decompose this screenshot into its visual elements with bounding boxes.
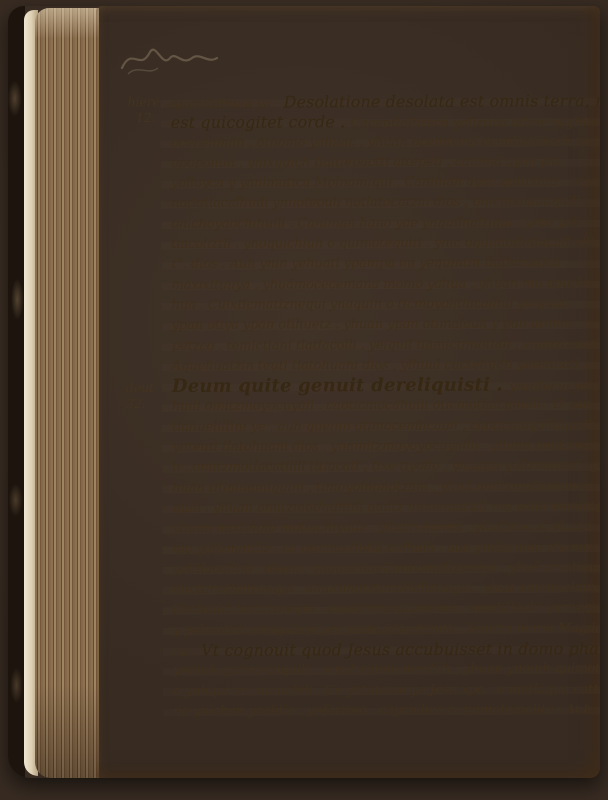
citation-book: deut [126, 380, 154, 395]
line-text: Cacentlaltitech yaliztica otlani yayhhuã [350, 115, 600, 131]
manuscript-line: Deum quite genuit dereliquisti . yntotec… [172, 375, 600, 397]
manuscript-line: t°. dios . Auh ynin yehuatl ypampa mi ye… [171, 253, 599, 275]
line-text: mictimotlaliznequi . amotimotztimotlaliz… [173, 580, 600, 597]
line-text: hua . Cuixticmatiznequi ynaquin o ticmoy… [172, 296, 569, 313]
manuscript-page: hiere. 12. deut 32. quimitalhuia ya . De… [96, 6, 600, 778]
citation-chapter: 12. [123, 110, 169, 126]
manuscript-line: mo yolizmatiliz . ca oticmo tlatla calhu… [173, 538, 600, 560]
line-text: y yehuatzin cenquizca yec mahuizticatzin… [173, 621, 600, 638]
line-text: mo yolizmatiliz . ca oticmo tlatla calhu… [173, 540, 591, 557]
manuscript-line: huili omitzmoyocuyali . caoticmocahuili … [172, 396, 600, 418]
manuscript-line: onichoyaochihuili . Caniman hano yae ynq… [171, 213, 599, 235]
manuscript-line: y yehuatzin cenquizca yec mahuizticatzin… [173, 619, 600, 641]
manuscript-line: na . Vt cognouit quod Jesus accubuisset … [173, 639, 600, 661]
latin-quote: Desolatione desolata est omnis terra, nu… [284, 91, 600, 112]
manuscript-line: ynteutl tlatohuani dios . ynamitzmoyoyoc… [172, 436, 600, 458]
manuscript-line: mictimotlaliznequi . amotimotztimotlaliz… [173, 578, 600, 600]
citation-chapter: 32. [126, 396, 172, 412]
line-text: ocecenman , otnomo yahuac , yhuan ocemix… [171, 134, 600, 151]
line-text: yolloyca y yanimatica Molnamiqui . Canim… [171, 174, 597, 191]
line-text: t°. dios . Auh ynin yehuatl ypampa mi ye… [171, 256, 569, 273]
manuscript-line: tlahueliltini ye . auh quenin otimocemil… [172, 416, 600, 438]
manuscript-line: tlacoliztli . ynoquichiuh o quimotequiti… [171, 233, 599, 255]
manuscript-line: Aquehuatzin teutl tlatohuani dios , ylhu… [172, 355, 600, 377]
line-text: tlacoliztli . ynoquichiuh o quimotequiti… [171, 235, 594, 252]
line-text: onichoyaochihuili . Caniman hano yae ynq… [171, 215, 580, 232]
manuscript-line: yhuan mixtelolo motlachiyaliz . yhuan mo… [172, 517, 600, 539]
manuscript-line: hua . Cuixticmatiznequi ynaquin o ticmoy… [172, 294, 600, 316]
line-text: tlachializ ticcuiznequi . amotimozcalizn… [173, 600, 600, 617]
manuscript-line: petzco . temictiani tlatlacolli . yeiqui… [172, 335, 600, 357]
manuscript-line: no ynichan ycalitic , ynfariseo . cayciu… [173, 700, 600, 722]
line-text: petzco . temictiani tlatlacolli . yeiqui… [172, 337, 600, 354]
line-text: o yuhqui mi ximachili . Ca yntotecui yo … [173, 682, 600, 699]
line-text: ypan otiya ypan otihuetz . yhuan ypan ot… [172, 316, 568, 333]
manuscript-line: quili . yhuan omitzmotlauhtili omitz mon… [172, 497, 600, 519]
latin-quote: est quicogitet corde . [171, 112, 351, 132]
faded-ink-scribble-icon [118, 34, 222, 82]
line-text: yntotecui yo dios , ynomitzmochi [509, 379, 600, 395]
line-text: huili omitzmoyocuyali . caoticmocahuili … [172, 398, 591, 415]
line-text: maxixitiniya . yhuãmocecemana momo yahua… [171, 276, 589, 293]
manuscript-line: li . omitzmotlacatilili titlacatl , tixe… [172, 456, 600, 478]
manuscript-line: ynoiuh quimo caquiti , o yuhquimo machit… [173, 659, 600, 681]
line-text: na . [173, 645, 201, 660]
line-text: yhuan mixtelolo motlachiyaliz . yhuan mo… [172, 519, 591, 536]
manuscript-line: yolitlacalhui . tleica . ynamo hueltimix… [173, 558, 600, 580]
book-binding-edge [8, 6, 25, 778]
line-text: quimitalhuia ya . [171, 96, 284, 111]
manuscript-line: huan titlalnamiquini , timoyolnonotzani … [172, 477, 600, 499]
manuscript-line: o yuhqui mi ximachili . Ca yntotecui yo … [173, 680, 600, 702]
latin-quote: Vt cognouit quod Jesus accubuisset in do… [201, 639, 600, 660]
manuscript-line: notlatlacalhuili ynnoteouh notlatocatzin… [171, 193, 599, 215]
manuscript-line: tlachializ ticcuiznequi . amotimozcalizn… [173, 598, 600, 620]
manuscript-line: est quicogitet corde . Cacentlaltitech y… [171, 111, 599, 133]
line-text: notlatlacalhuili ynnoteouh notlatocatzin… [171, 195, 580, 212]
line-text: huan titlalnamiquini , timoyolnonotzani … [172, 479, 588, 496]
line-text: li . omitzmotlacatilili titlacatl , tixe… [172, 458, 599, 475]
line-text: tlahueliltini ye . auh quenin otimocemil… [172, 418, 600, 435]
line-text: no ynichan ycalitic , ynfariseo . cayciu… [173, 702, 591, 719]
manuscript-line: ypan otiya ypan otihuetz . yhuan ypan ot… [172, 314, 600, 336]
margin-citation-deuteronomy-32: deut 32. [120, 380, 172, 412]
manuscript-photo: hiere. 12. deut 32. quimitalhuia ya . De… [0, 0, 608, 800]
line-text: ynoiuh quimo caquiti , o yuhquimo machit… [173, 661, 600, 678]
margin-citation-jeremiah-12: hiere. 12. [123, 94, 169, 126]
manuscript-line: opopoliuh , ynixquich tlaltiepactti alte… [171, 152, 599, 174]
line-text: opopoliuh , ynixquich tlaltiepactti alte… [171, 154, 559, 171]
manuscript-line: ocecenman , otnomo yahuac , yhuan ocemix… [171, 132, 599, 154]
open-book: hiere. 12. deut 32. quimitalhuia ya . De… [8, 6, 600, 778]
citation-book: hiere. [128, 94, 164, 109]
line-text: quili . yhuan omitzmotlauhtili omitz mon… [172, 499, 600, 516]
page-block-fore-edge [35, 8, 99, 778]
manuscript-text-block: hiere. 12. deut 32. quimitalhuia ya . De… [171, 91, 600, 722]
manuscript-line: maxixitiniya . yhuãmocecemana momo yahua… [171, 274, 599, 296]
line-text: Aquehuatzin teutl tlatohuani dios , ylhu… [172, 357, 587, 374]
manuscript-line: quimitalhuia ya . Desolatione desolata e… [171, 91, 599, 113]
latin-quote: Deum quite genuit dereliquisti . [172, 375, 510, 397]
line-text: ynteutl tlatohuani dios . ynamitzmoyoyoc… [172, 438, 600, 455]
line-text: yolitlacalhui . tleica . ynamo hueltimix… [173, 560, 600, 577]
manuscript-line: yolloyca y yanimatica Molnamiqui . Canim… [171, 172, 599, 194]
